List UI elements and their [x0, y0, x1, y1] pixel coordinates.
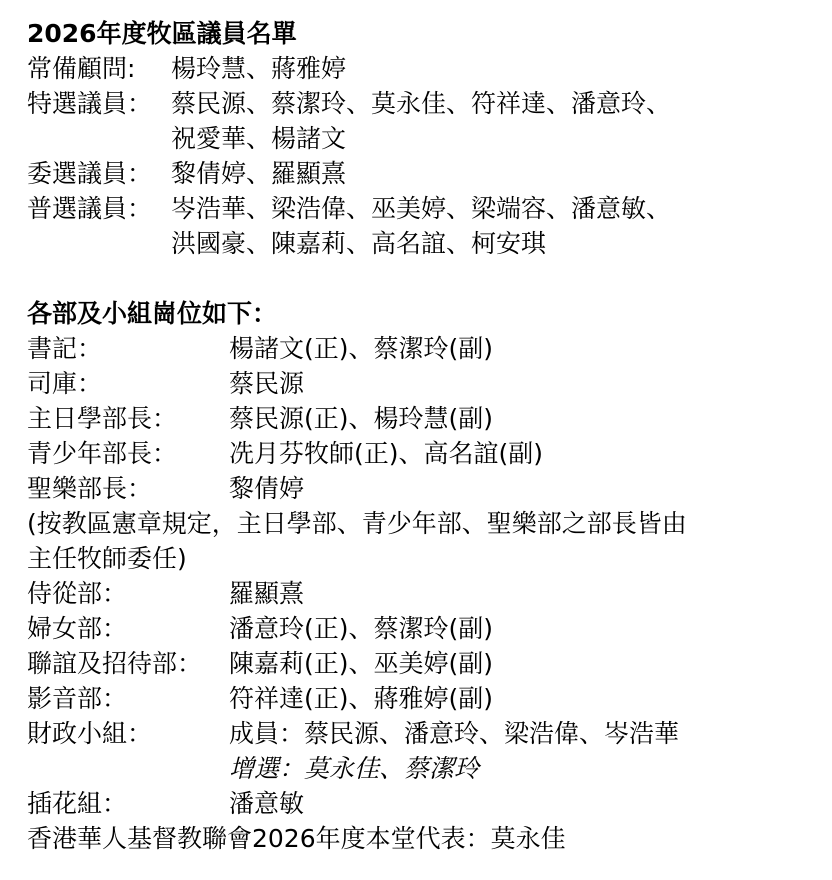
council-names: 蔡民源、蔡潔玲、莫永佳、符祥達、潘意玲、 祝愛華、楊諸文	[171, 86, 791, 156]
council-label: 委選議員：	[27, 156, 171, 191]
finance-members: 成員：蔡民源、潘意玲、梁浩偉、岑浩華	[229, 716, 679, 751]
dept-row-sunday-school: 主日學部長： 蔡民源(正)、楊玲慧(副)	[27, 401, 817, 436]
dept-value: 蔡民源(正)、楊玲慧(副)	[229, 401, 493, 436]
dept-row-music: 聖樂部長： 黎倩婷	[27, 471, 817, 506]
dept-label: 插花組：	[27, 786, 229, 821]
names-line: 祝愛華、楊諸文	[171, 121, 791, 156]
dept-row-secretary: 書記： 楊諸文(正)、蔡潔玲(副)	[27, 331, 817, 366]
council-label: 普選議員：	[27, 191, 171, 261]
charter-note: (按教區憲章規定，主日學部、青少年部、聖樂部之部長皆由 主任牧師委任)	[27, 506, 797, 576]
note-line: (按教區憲章規定，主日學部、青少年部、聖樂部之部長皆由	[27, 506, 797, 541]
dept-value: 陳嘉莉(正)、巫美婷(副)	[229, 646, 493, 681]
dept-label: 司庫：	[27, 366, 229, 401]
dept-label: 婦女部：	[27, 611, 229, 646]
council-row-advisors: 常備顧問: 楊玲慧、蔣雅婷	[27, 51, 817, 86]
note-line: 主任牧師委任)	[27, 541, 797, 576]
dept-row-flower: 插花組： 潘意敏	[27, 786, 817, 821]
names-line: 洪國豪、陳嘉莉、高名誼、柯安琪	[171, 226, 791, 261]
dept-label: 財政小組：	[27, 716, 229, 786]
council-names: 楊玲慧、蔣雅婷	[171, 51, 791, 86]
dept-value: 成員：蔡民源、潘意玲、梁浩偉、岑浩華 增選：莫永佳、蔡潔玲	[229, 716, 679, 786]
council-names: 黎倩婷、羅顯熹	[171, 156, 791, 191]
council-row-special: 特選議員： 蔡民源、蔡潔玲、莫永佳、符祥達、潘意玲、 祝愛華、楊諸文	[27, 86, 817, 156]
dept-value: 符祥達(正)、蔣雅婷(副)	[229, 681, 493, 716]
finance-co-opted: 增選：莫永佳、蔡潔玲	[229, 751, 679, 786]
names-line: 岑浩華、梁浩偉、巫美婷、梁端容、潘意敏、	[171, 191, 791, 226]
dept-value: 潘意玲(正)、蔡潔玲(副)	[229, 611, 493, 646]
dept-row-treasurer: 司庫： 蔡民源	[27, 366, 817, 401]
council-names: 岑浩華、梁浩偉、巫美婷、梁端容、潘意敏、 洪國豪、陳嘉莉、高名誼、柯安琪	[171, 191, 791, 261]
council-row-elected: 普選議員： 岑浩華、梁浩偉、巫美婷、梁端容、潘意敏、 洪國豪、陳嘉莉、高名誼、柯…	[27, 191, 817, 261]
names-line: 楊玲慧、蔣雅婷	[171, 51, 791, 86]
council-row-appointed: 委選議員： 黎倩婷、羅顯熹	[27, 156, 817, 191]
dept-value: 黎倩婷	[229, 471, 304, 506]
dept-value: 羅顯熹	[229, 576, 304, 611]
council-label: 特選議員：	[27, 86, 171, 156]
dept-label: 聖樂部長：	[27, 471, 229, 506]
dept-value: 冼月芬牧師(正)、高名誼(副)	[229, 436, 543, 471]
spacer	[27, 261, 817, 296]
federation-representative: 香港華人基督教聯會2026年度本堂代表：莫永佳	[27, 821, 817, 856]
dept-label: 影音部：	[27, 681, 229, 716]
dept-label: 主日學部長：	[27, 401, 229, 436]
dept-row-youth: 青少年部長： 冼月芬牧師(正)、高名誼(副)	[27, 436, 817, 471]
dept-row-av: 影音部： 符祥達(正)、蔣雅婷(副)	[27, 681, 817, 716]
dept-label: 書記：	[27, 331, 229, 366]
dept-value: 潘意敏	[229, 786, 304, 821]
section-heading: 各部及小組崗位如下：	[27, 296, 817, 331]
dept-row-fellowship: 聯誼及招待部： 陳嘉莉(正)、巫美婷(副)	[27, 646, 817, 681]
council-list-document: 2026年度牧區議員名單 常備顧問: 楊玲慧、蔣雅婷 特選議員： 蔡民源、蔡潔玲…	[27, 16, 817, 856]
dept-label: 聯誼及招待部：	[27, 646, 229, 681]
dept-row-women: 婦女部： 潘意玲(正)、蔡潔玲(副)	[27, 611, 817, 646]
dept-value: 蔡民源	[229, 366, 304, 401]
dept-row-acolyte: 侍從部： 羅顯熹	[27, 576, 817, 611]
document-title: 2026年度牧區議員名單	[27, 16, 817, 51]
names-line: 黎倩婷、羅顯熹	[171, 156, 791, 191]
dept-value: 楊諸文(正)、蔡潔玲(副)	[229, 331, 493, 366]
names-line: 蔡民源、蔡潔玲、莫永佳、符祥達、潘意玲、	[171, 86, 791, 121]
dept-row-finance: 財政小組： 成員：蔡民源、潘意玲、梁浩偉、岑浩華 增選：莫永佳、蔡潔玲	[27, 716, 817, 786]
dept-label: 侍從部：	[27, 576, 229, 611]
council-label: 常備顧問:	[27, 51, 171, 86]
dept-label: 青少年部長：	[27, 436, 229, 471]
